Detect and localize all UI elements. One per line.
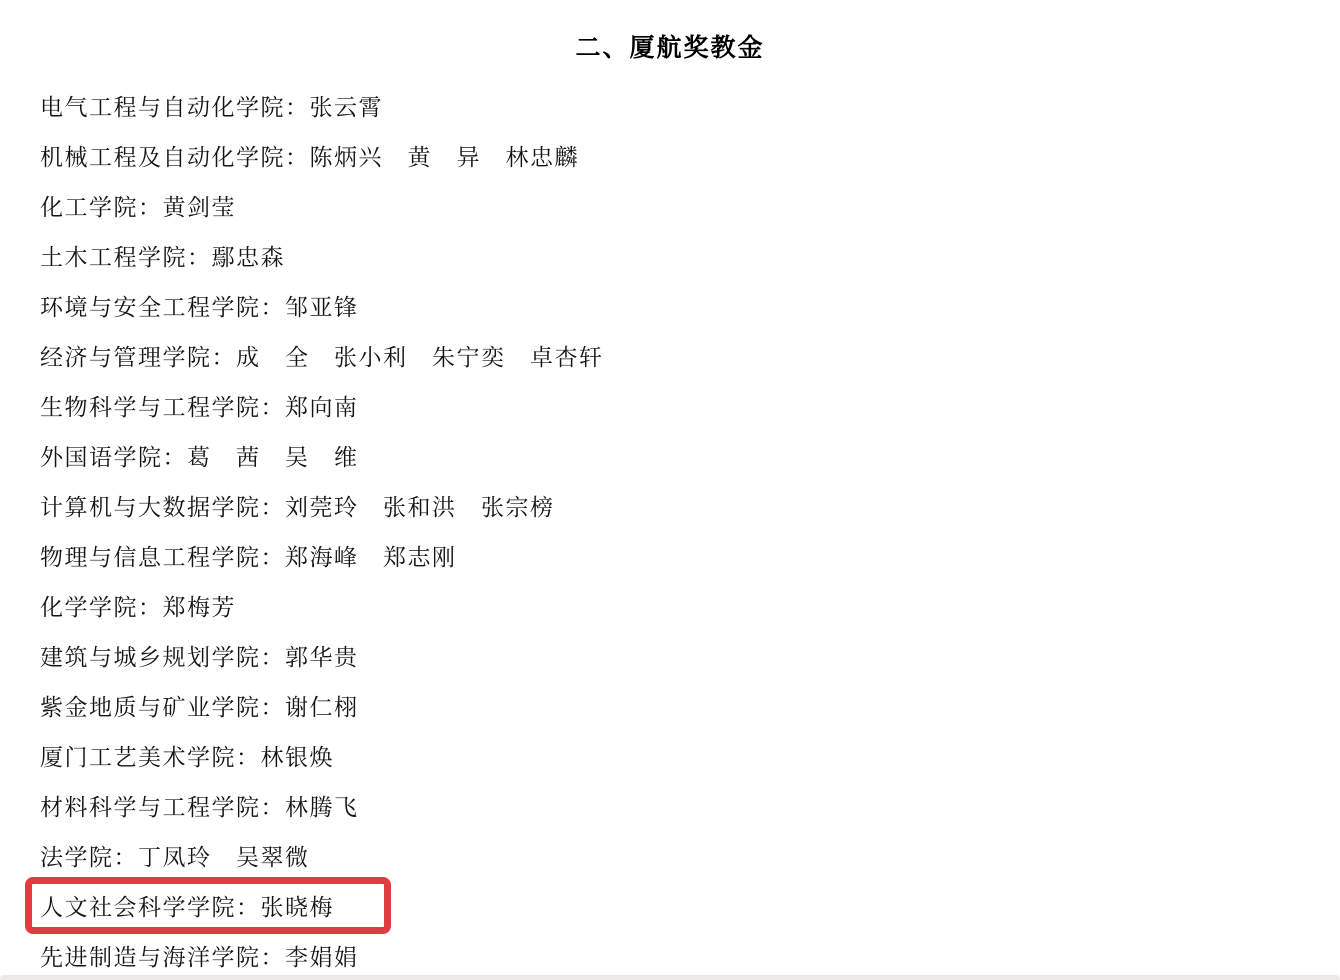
list-item-text: 计算机与大数据学院：刘莞玲 张和洪 张宗榜: [40, 489, 555, 522]
list-item-text: 物理与信息工程学院：郑海峰 郑志刚: [40, 539, 457, 572]
list-item-text: 环境与安全工程学院：邹亚锋: [40, 289, 359, 322]
list-item-text: 紫金地质与矿业学院：谢仁栩: [40, 689, 359, 722]
list-item: 化工学院：黄剑莹: [40, 180, 1300, 230]
list-item: 物理与信息工程学院：郑海峰 郑志刚: [40, 530, 1300, 580]
list-item-text: 化工学院：黄剑莹: [40, 189, 236, 222]
document-page: 二、厦航奖教金 电气工程与自动化学院：张云霄 机械工程及自动化学院：陈炳兴 黄 …: [0, 0, 1340, 980]
list-item: 化学学院：郑梅芳: [40, 580, 1300, 630]
list-item: 计算机与大数据学院：刘莞玲 张和洪 张宗榜: [40, 480, 1300, 530]
list-item: 机械工程及自动化学院：陈炳兴 黄 异 林忠麟: [40, 130, 1300, 180]
list-item-text: 化学学院：郑梅芳: [40, 589, 236, 622]
list-item: 材料科学与工程学院：林腾飞: [40, 780, 1300, 830]
list-item-text: 土木工程学院：鄢忠森: [40, 239, 285, 272]
list-item: 土木工程学院：鄢忠森: [40, 230, 1300, 280]
list-item: 厦门工艺美术学院：林银焕: [40, 730, 1300, 780]
award-list: 电气工程与自动化学院：张云霄 机械工程及自动化学院：陈炳兴 黄 异 林忠麟 化工…: [40, 80, 1300, 980]
list-item-text: 厦门工艺美术学院：林银焕: [40, 739, 334, 772]
list-item: 先进制造与海洋学院：李娟娟: [40, 930, 1300, 980]
list-item-text: 人文社会科学学院：张晓梅: [40, 895, 334, 920]
list-item: 建筑与城乡规划学院：郭华贵: [40, 630, 1300, 680]
red-highlight-box: 人文社会科学学院：张晓梅: [25, 877, 391, 934]
list-item: 生物科学与工程学院：郑向南: [40, 380, 1300, 430]
list-item-text: 法学院：丁凤玲 吴翠微: [40, 839, 310, 872]
list-item: 电气工程与自动化学院：张云霄: [40, 80, 1300, 130]
section-title: 二、厦航奖教金: [0, 28, 1340, 64]
list-item-text: 材料科学与工程学院：林腾飞: [40, 789, 359, 822]
list-item: 外国语学院：葛 茜 吴 维: [40, 430, 1300, 480]
list-item-text: 生物科学与工程学院：郑向南: [40, 389, 359, 422]
page-bottom-edge: [0, 975, 1340, 980]
list-item-text: 电气工程与自动化学院：张云霄: [40, 89, 383, 122]
list-item-text: 经济与管理学院：成 全 张小利 朱宁奕 卓杏轩: [40, 339, 604, 372]
list-item: 紫金地质与矿业学院：谢仁栩: [40, 680, 1300, 730]
list-item-highlighted: 人文社会科学学院：张晓梅: [40, 880, 1300, 930]
list-item-text: 先进制造与海洋学院：李娟娟: [40, 939, 359, 972]
list-item-text: 外国语学院：葛 茜 吴 维: [40, 439, 359, 472]
list-item-text: 机械工程及自动化学院：陈炳兴 黄 异 林忠麟: [40, 139, 579, 172]
list-item: 法学院：丁凤玲 吴翠微: [40, 830, 1300, 880]
list-item: 经济与管理学院：成 全 张小利 朱宁奕 卓杏轩: [40, 330, 1300, 380]
list-item-text: 建筑与城乡规划学院：郭华贵: [40, 639, 359, 672]
list-item: 环境与安全工程学院：邹亚锋: [40, 280, 1300, 330]
